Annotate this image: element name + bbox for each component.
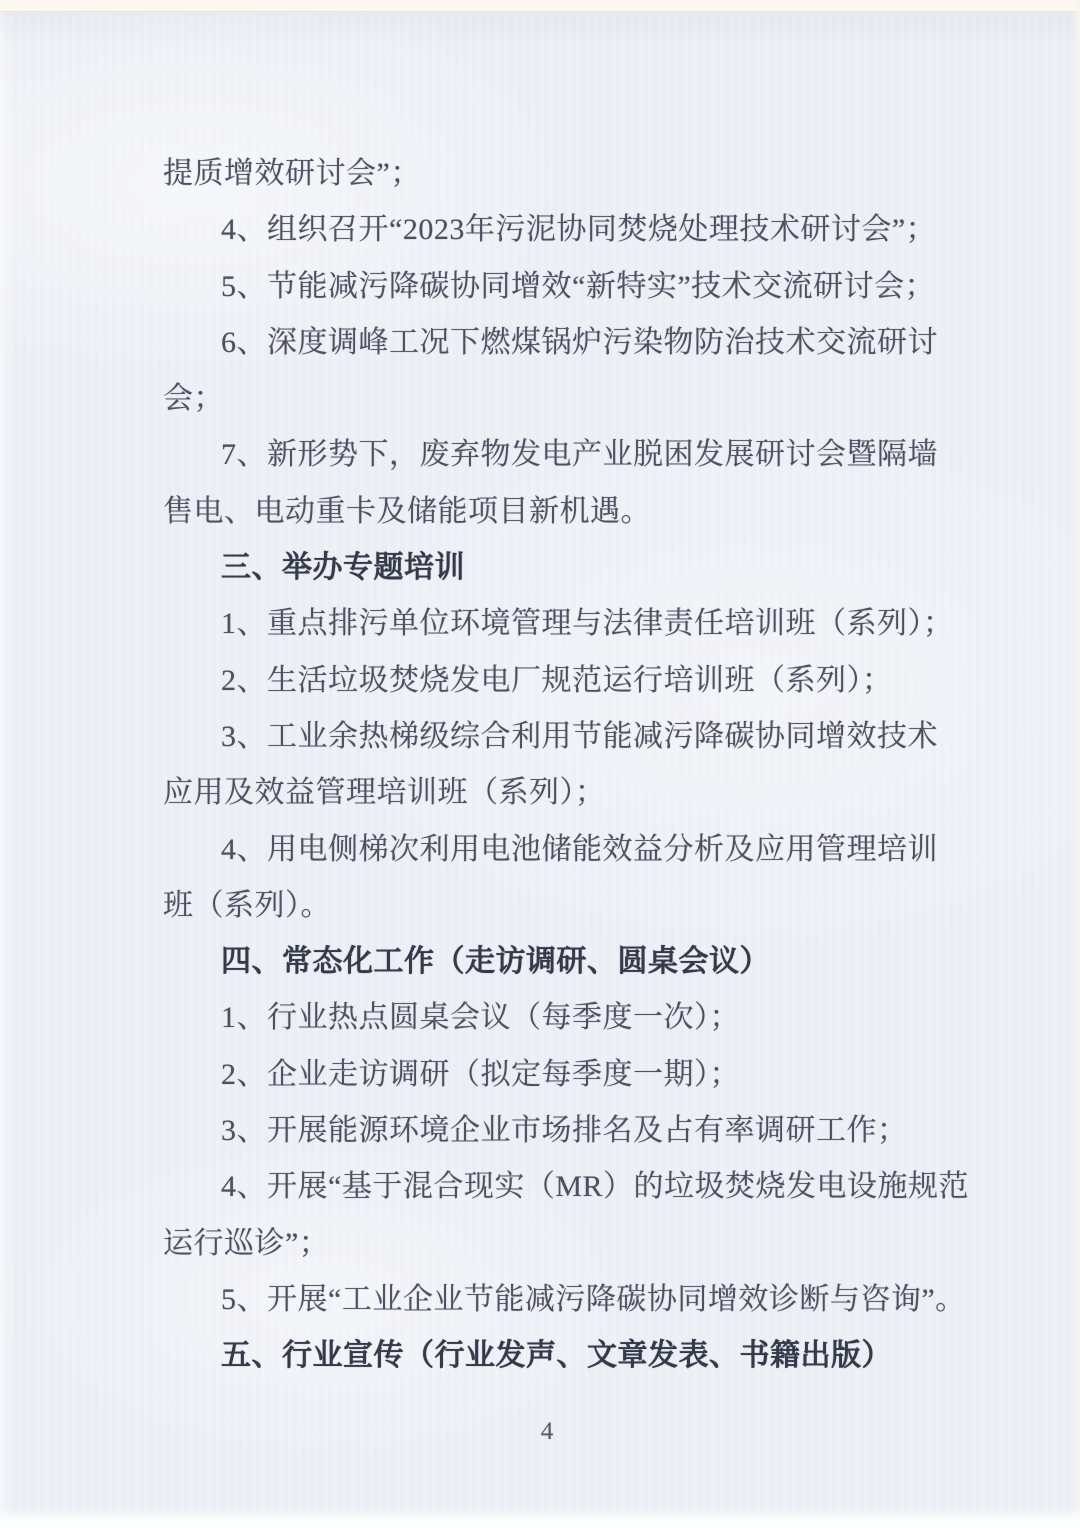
- photo-right-edge: [1073, 0, 1080, 1528]
- doc-line: 4、开展“基于混合现实（MR）的垃圾焚烧发电设施规范: [163, 1159, 931, 1215]
- section-heading-3: 三、举办专题培训: [163, 540, 931, 596]
- photo-top-edge: [0, 0, 1080, 12]
- doc-line: 4、组织召开“2023年污泥协同焚烧处理技术研讨会”；: [163, 202, 931, 258]
- doc-line: 应用及效益管理培训班（系列）；: [163, 765, 931, 821]
- doc-line: 1、重点排污单位环境管理与法律责任培训班（系列）；: [163, 596, 931, 652]
- doc-line: 3、开展能源环境企业市场排名及占有率调研工作；: [163, 1103, 931, 1159]
- page-number: 4: [0, 1418, 1080, 1446]
- doc-line: 5、开展“工业企业节能减污降碳协同增效诊断与咨询”。: [163, 1272, 931, 1328]
- photo-bottom-edge: [0, 1508, 1080, 1528]
- section-heading-4: 四、常态化工作（走访调研、圆桌会议）: [163, 934, 931, 990]
- doc-line: 售电、电动重卡及储能项目新机遇。: [163, 484, 931, 540]
- doc-line: 5、节能减污降碳协同增效“新特实”技术交流研讨会；: [163, 259, 931, 315]
- doc-line: 4、用电侧梯次利用电池储能效益分析及应用管理培训: [163, 822, 931, 878]
- document-page-photo: 提质增效研讨会”； 4、组织召开“2023年污泥协同焚烧处理技术研讨会”； 5、…: [0, 0, 1080, 1528]
- doc-line: 6、深度调峰工况下燃煤锅炉污染物防治技术交流研讨: [163, 315, 931, 371]
- doc-line: 1、行业热点圆桌会议（每季度一次）；: [163, 990, 931, 1046]
- doc-line: 运行巡诊”；: [163, 1216, 931, 1272]
- section-heading-5: 五、行业宣传（行业发声、文章发表、书籍出版）: [163, 1328, 931, 1384]
- document-body: 提质增效研讨会”； 4、组织召开“2023年污泥协同焚烧处理技术研讨会”； 5、…: [163, 146, 931, 1385]
- doc-line: 7、新形势下，废弃物发电产业脱困发展研讨会暨隔墙: [163, 427, 931, 483]
- doc-line: 会；: [163, 371, 931, 427]
- doc-line: 3、工业余热梯级综合利用节能减污降碳协同增效技术: [163, 709, 931, 765]
- doc-line: 2、生活垃圾焚烧发电厂规范运行培训班（系列）；: [163, 653, 931, 709]
- doc-line: 提质增效研讨会”；: [163, 146, 931, 202]
- doc-line: 2、企业走访调研（拟定每季度一期）；: [163, 1047, 931, 1103]
- doc-line: 班（系列）。: [163, 878, 931, 934]
